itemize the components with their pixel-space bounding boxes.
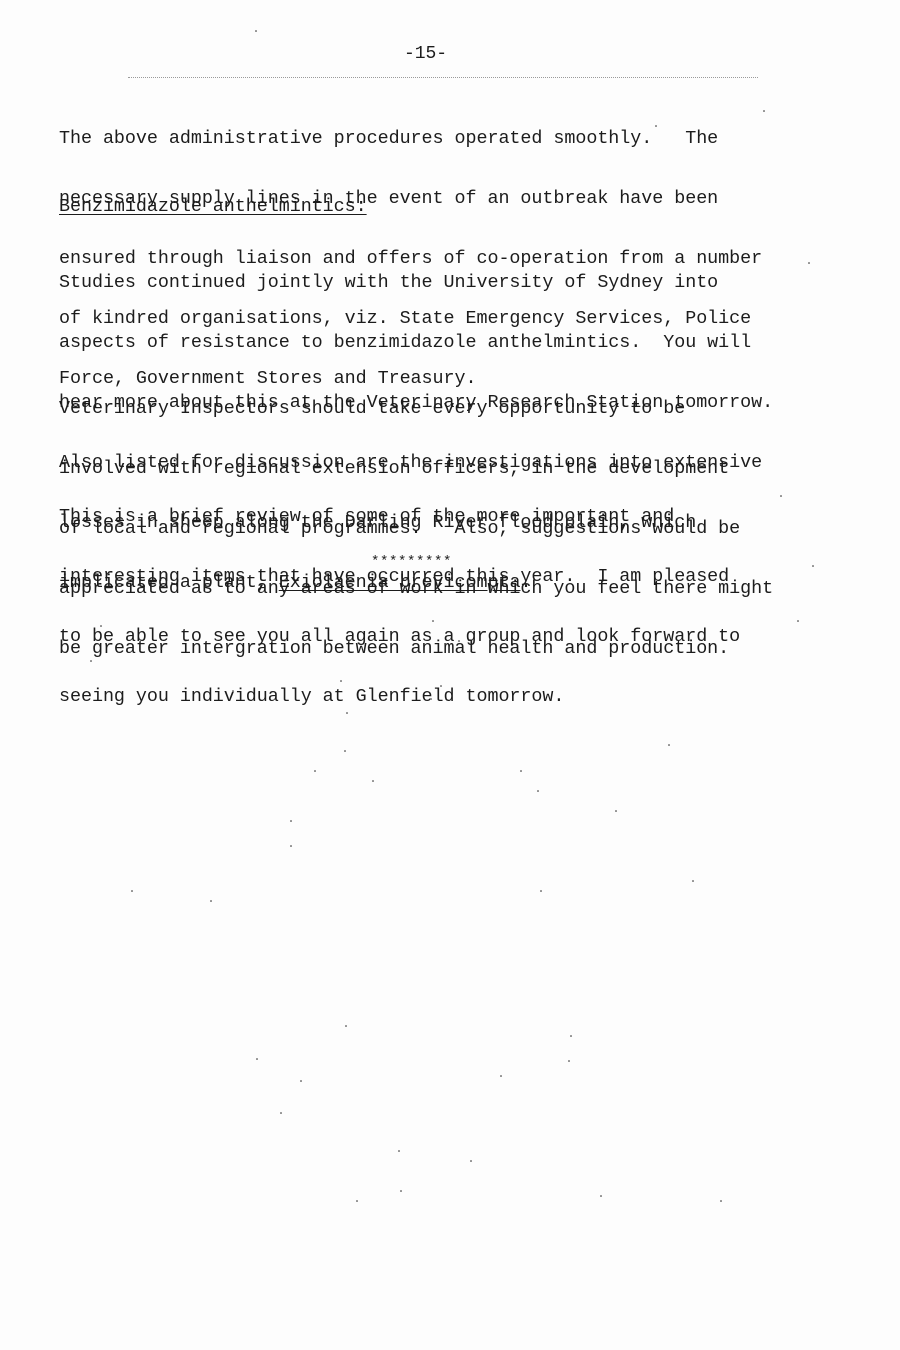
text-line: Studies continued jointly with the Unive… bbox=[59, 274, 773, 292]
scan-speck bbox=[232, 690, 234, 692]
section-heading: Benzimidazole anthelmintics: bbox=[59, 196, 367, 217]
scan-speck bbox=[600, 1195, 602, 1197]
scan-speck bbox=[255, 30, 257, 32]
paragraph-closing-review: This is a brief review of some of the mo… bbox=[59, 466, 740, 748]
text-line: seeing you individually at Glenfield tom… bbox=[59, 688, 740, 706]
header-divider bbox=[128, 77, 758, 78]
scan-speck bbox=[500, 1075, 502, 1077]
scan-speck bbox=[356, 1200, 358, 1202]
scan-speck bbox=[430, 698, 432, 700]
scan-speck bbox=[780, 495, 782, 497]
scan-speck bbox=[345, 1025, 347, 1027]
scan-speck bbox=[763, 110, 765, 112]
text-line: Veterinary Inspectors should take every … bbox=[59, 400, 773, 418]
scan-speck bbox=[570, 1035, 572, 1037]
scan-speck bbox=[668, 744, 670, 746]
scan-speck bbox=[540, 890, 542, 892]
scan-speck bbox=[808, 262, 810, 264]
scan-speck bbox=[131, 890, 133, 892]
scan-speck bbox=[256, 1058, 258, 1060]
scan-speck bbox=[398, 1150, 400, 1152]
scan-speck bbox=[372, 780, 374, 782]
scan-speck bbox=[432, 620, 434, 622]
scan-speck bbox=[692, 880, 694, 882]
scan-speck bbox=[655, 125, 657, 127]
text-line: This is a brief review of some of the mo… bbox=[59, 508, 740, 526]
scan-speck bbox=[290, 845, 292, 847]
scan-speck bbox=[346, 712, 348, 714]
scan-speck bbox=[615, 810, 617, 812]
scan-speck bbox=[568, 1060, 570, 1062]
text-line: to be able to see you all again as a gro… bbox=[59, 628, 740, 646]
scan-speck bbox=[344, 750, 346, 752]
scan-speck bbox=[812, 565, 814, 567]
scan-speck bbox=[210, 900, 212, 902]
text-line: The above administrative procedures oper… bbox=[59, 130, 762, 148]
scan-speck bbox=[90, 660, 92, 662]
scan-speck bbox=[400, 1190, 402, 1192]
scan-speck bbox=[470, 1160, 472, 1162]
document-page: -15- The above administrative procedures… bbox=[0, 0, 900, 1350]
scan-speck bbox=[300, 1080, 302, 1082]
scan-speck bbox=[720, 1200, 722, 1202]
text-line: interesting items that have occurred thi… bbox=[59, 568, 740, 586]
scan-speck bbox=[520, 770, 522, 772]
scan-speck bbox=[340, 680, 342, 682]
scan-speck bbox=[290, 820, 292, 822]
scan-speck bbox=[100, 625, 102, 627]
page-number: -15- bbox=[404, 44, 447, 64]
scan-speck bbox=[458, 640, 460, 642]
scan-speck bbox=[797, 620, 799, 622]
scan-speck bbox=[537, 790, 539, 792]
scan-speck bbox=[280, 1112, 282, 1114]
scan-speck bbox=[314, 770, 316, 772]
end-marker: ********* bbox=[371, 554, 452, 570]
scan-speck bbox=[440, 685, 442, 687]
text-line: aspects of resistance to benzimidazole a… bbox=[59, 334, 773, 352]
